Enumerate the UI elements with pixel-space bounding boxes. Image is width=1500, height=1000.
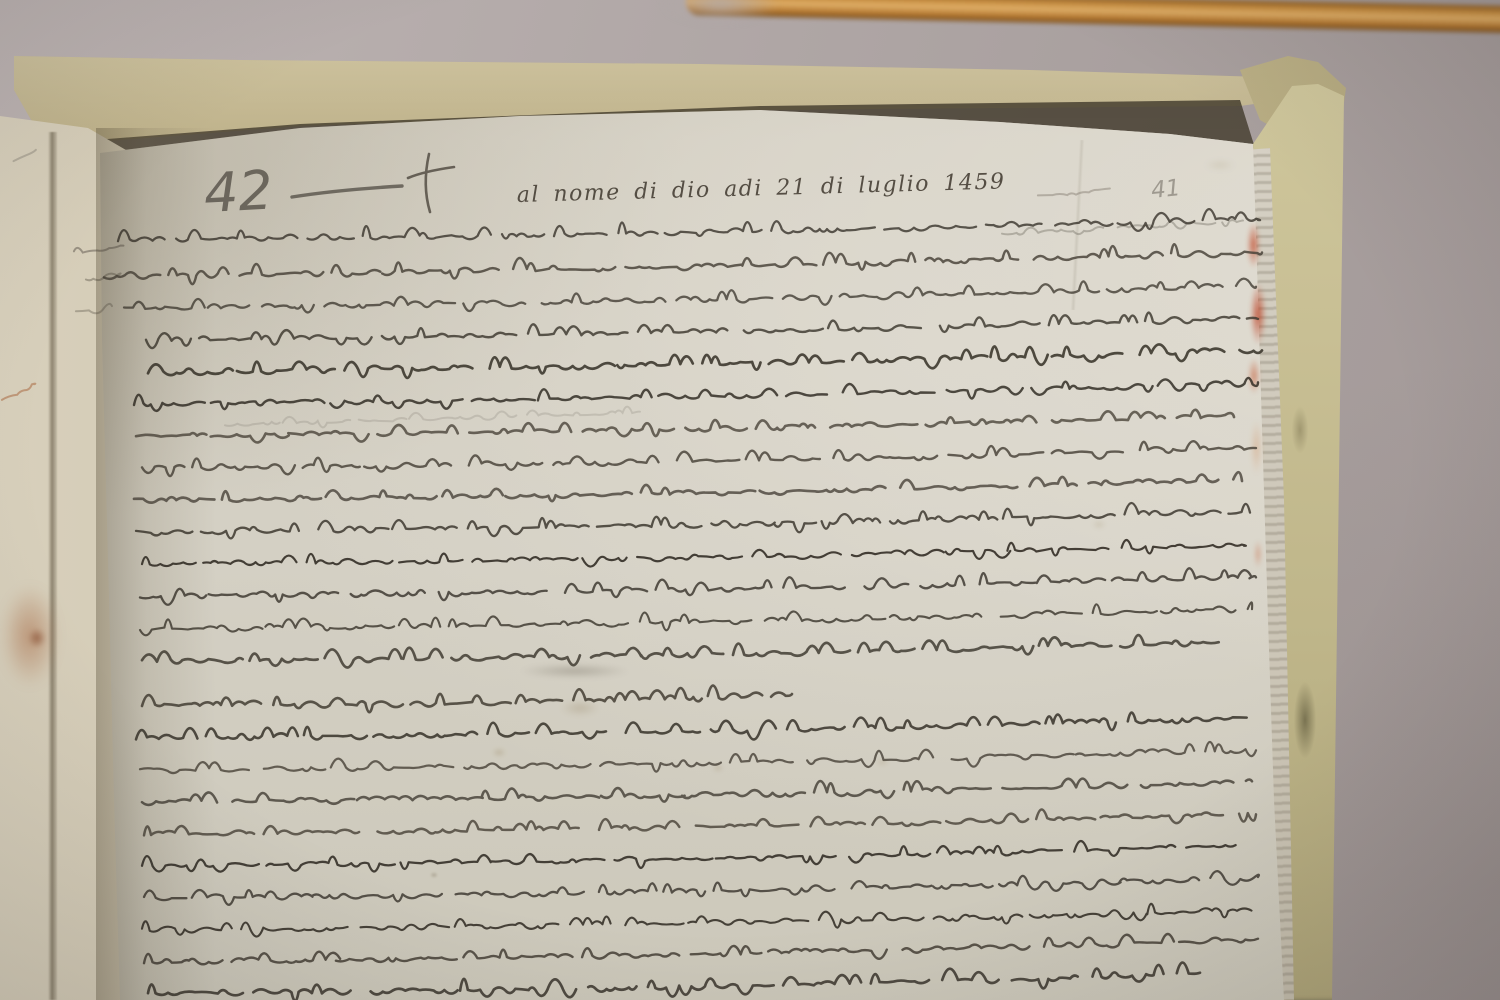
manuscript-line [142, 441, 1256, 476]
heading-invocation-date: al nome di dio adi 21 di luglio 1459 [516, 169, 1005, 208]
margin-mark [1038, 189, 1110, 196]
heading-dash-mark [292, 186, 402, 197]
manuscript-line [146, 313, 1258, 348]
manuscript-line [142, 540, 1246, 567]
manuscript-line [136, 713, 1247, 740]
manuscript-line [148, 344, 1262, 378]
manuscript-line [136, 503, 1250, 538]
manuscript-line [142, 779, 1252, 805]
margin-mark [1002, 220, 1243, 235]
manuscript-line [140, 742, 1256, 773]
manuscript-line [148, 963, 1200, 1000]
manuscript-line [124, 279, 1256, 313]
manuscript-line [140, 568, 1256, 604]
manuscript-line [144, 809, 1256, 835]
handwriting-layer: 42 al nome di dio adi 21 di luglio 1459 … [0, 0, 1500, 1000]
folio-number-41-faint: 41 [1150, 175, 1182, 204]
manuscript-line [134, 378, 1258, 411]
manuscript-line [136, 410, 1234, 443]
margin-mark [76, 304, 112, 313]
manuscript-line [142, 686, 792, 713]
photo-of-open-manuscript-book: 42 al nome di dio adi 21 di luglio 1459 … [0, 0, 1500, 1000]
heading-cross-mark [408, 154, 454, 212]
margin-mark [74, 246, 124, 253]
margin-mark [2, 384, 35, 400]
manuscript-line [144, 871, 1259, 905]
manuscript-line [144, 934, 1258, 964]
manuscript-line [142, 904, 1252, 937]
manuscript-line [118, 209, 1260, 241]
manuscript-line [140, 602, 1252, 635]
margin-mark [14, 150, 36, 161]
manuscript-line [104, 244, 1262, 284]
manuscript-line [142, 841, 1236, 872]
manuscript-line [134, 472, 1242, 502]
folio-number-42: 42 [202, 158, 274, 225]
margin-mark [225, 407, 640, 428]
manuscript-line [142, 635, 1219, 667]
